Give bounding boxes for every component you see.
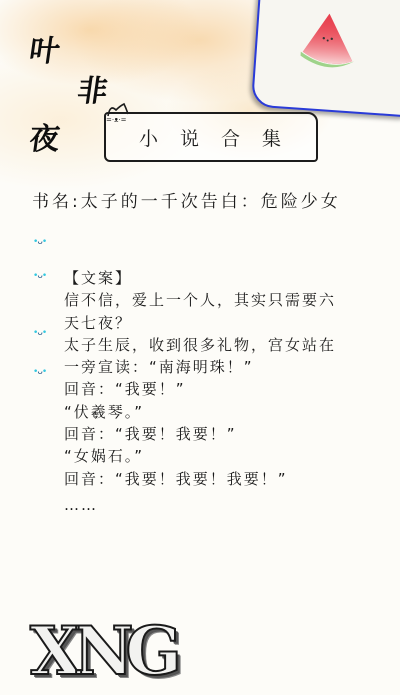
smiley-icon: •ᴗ• [33,271,49,281]
cat-ears-icon: =·ᴥ·= [102,102,152,124]
collection-title: 小说合集 [106,124,316,151]
synopsis-line: 一旁宣读：“南海明珠！” [64,356,374,378]
book-name: 书名:太子的一千次告白：危险少女 [32,187,341,212]
author-name-char-3: 夜 [27,114,63,158]
synopsis-line: 回音：“我要！我要！我要！” [64,468,374,490]
xng-logo: XNG [30,612,174,690]
section-label: 【文案】 [64,267,374,289]
author-name-char-1: 叶 [27,26,63,70]
synopsis-line: 天七夜？ [64,312,374,334]
synopsis-line: 回音：“我要！我要！” [64,423,374,445]
synopsis-line: 信不信，爱上一个人，其实只需要六 [64,289,374,311]
watermelon-icon [296,7,362,73]
synopsis-line: “伏羲琴。” [64,401,374,423]
smiley-icon: •ᴗ• [33,328,49,338]
svg-text:=·ᴥ·=: =·ᴥ·= [106,116,127,124]
title-banner: =·ᴥ·= 小说合集 [104,112,318,162]
synopsis-line: …… [64,494,374,516]
synopsis-line: 太子生辰，收到很多礼物，宫女站在 [64,334,374,356]
synopsis: 【文案】 信不信，爱上一个人，其实只需要六 天七夜？ 太子生辰，收到很多礼物，宫… [64,267,374,516]
synopsis-line: “女娲石。” [64,445,374,467]
smiley-icon: •ᴗ• [33,367,49,377]
smiley-icon: •ᴗ• [33,237,49,247]
watermelon-card [251,0,400,117]
synopsis-line: 回音：“我要！” [64,378,374,400]
